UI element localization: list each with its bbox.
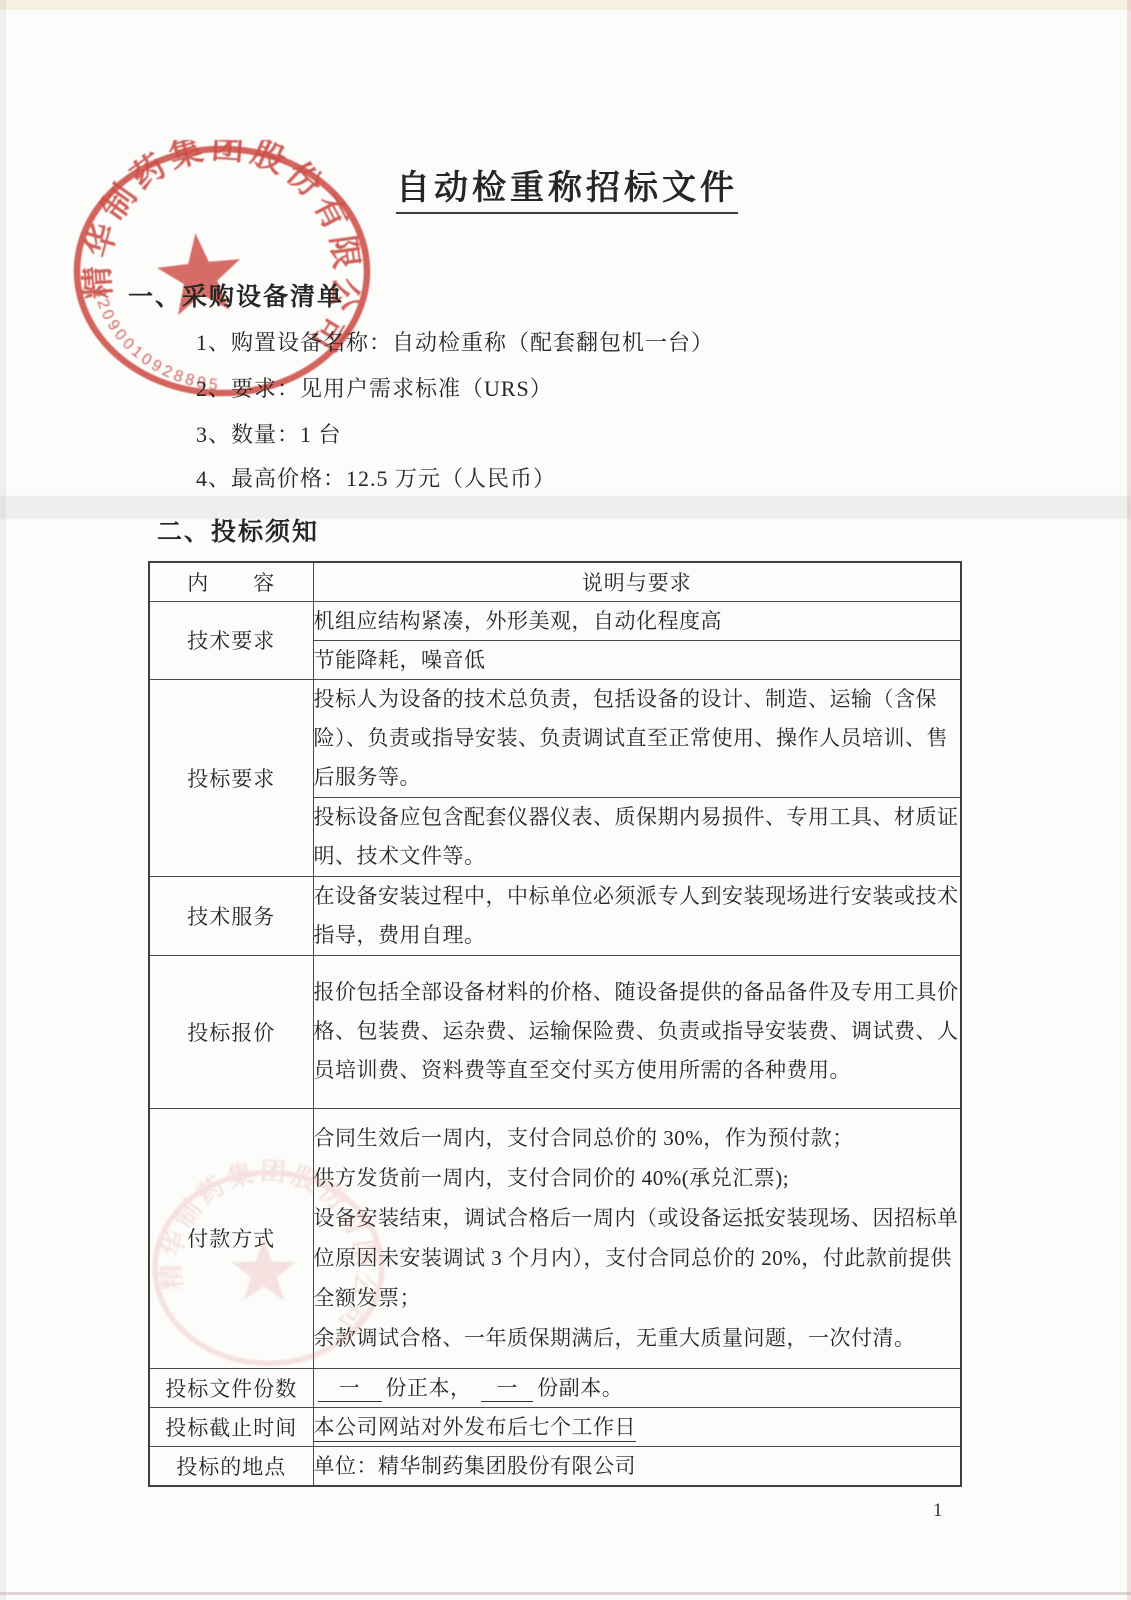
company-seal-stamp-icon: 精华制药集团股份有限公司 32090010928895 <box>68 140 380 402</box>
copies-label: 投标文件份数 <box>149 1368 313 1407</box>
table-row: 投标文件份数 一份正本， 一份副本。 <box>149 1368 961 1407</box>
scan-edge-right <box>1127 0 1131 1600</box>
tech-service-text: 在设备安装过程中，中标单位必须派专人到安装现场进行安装或技术指导，费用自理。 <box>313 876 961 955</box>
bid-place-label: 投标的地点 <box>149 1446 313 1486</box>
bid-requirements-row2: 投标设备应包含配套仪器仪表、质保期内易损件、专用工具、材质证明、技术文件等。 <box>313 797 961 876</box>
tech-service-label: 技术服务 <box>149 876 313 955</box>
table-row: 技术服务 在设备安装过程中，中标单位必须派专人到安装现场进行安装或技术指导，费用… <box>149 876 961 955</box>
scan-edge-left <box>0 0 6 1600</box>
bid-quote-text: 报价包括全部设备材料的价格、随设备提供的备品备件及专用工具价格、包装费、运杂费、… <box>313 955 961 1108</box>
scan-edge-bottom <box>0 1592 1131 1595</box>
table-row: 付款方式 合同生效后一周内，支付合同总价的 30%，作为预付款； 供方发货前一周… <box>149 1108 961 1368</box>
table-row: 投标要求 投标人为设备的技术总负责，包括设备的设计、制造、运输（含保险）、负责或… <box>149 679 961 797</box>
tech-requirements-row1: 机组应结构紧凑，外形美观，自动化程度高 <box>313 601 961 640</box>
document-title: 自动检重称招标文件 <box>396 160 738 214</box>
deadline-text: 本公司网站对外发布后七个工作日 <box>314 1415 637 1442</box>
bid-quote-label: 投标报价 <box>149 955 313 1108</box>
bid-requirements-row1: 投标人为设备的技术总负责，包括设备的设计、制造、运输（含保险）、负责或指导安装、… <box>313 679 961 797</box>
copies-original-text: 份正本， <box>386 1376 472 1400</box>
table-row: 技术要求 机组应结构紧凑，外形美观，自动化程度高 <box>149 601 961 640</box>
scan-edge-top <box>0 0 1131 10</box>
payment-term-4: 余款调试合格、一年质保期满后，无重大质量问题，一次付清。 <box>314 1318 961 1358</box>
header-requirements-cell: 说明与要求 <box>313 562 961 601</box>
equipment-item-2: 2、要求：见用户需求标准（URS） <box>196 372 553 403</box>
table-row: 投标报价 报价包括全部设备材料的价格、随设备提供的备品备件及专用工具价格、包装费… <box>149 955 961 1108</box>
payment-term-1: 合同生效后一周内，支付合同总价的 30%，作为预付款； <box>314 1118 961 1158</box>
page-number: 1 <box>933 1500 943 1522</box>
copies-original-blank: 一 <box>318 1375 382 1402</box>
payment-term-2: 供方发货前一周内，支付合同价的 40%(承兑汇票); <box>314 1158 961 1198</box>
bid-requirements-label: 投标要求 <box>149 679 313 876</box>
section-2-heading: 二、投标须知 <box>157 512 319 548</box>
equipment-item-3: 3、数量：1 台 <box>196 418 342 449</box>
deadline-label: 投标截止时间 <box>149 1407 313 1446</box>
scanned-tender-document-page: 自动检重称招标文件 精华制药集团股份有限公司 32090010928895 一、… <box>0 0 1131 1600</box>
equipment-item-4: 4、最高价格：12.5 万元（人民币） <box>196 462 556 493</box>
equipment-item-1: 1、购置设备名称：自动检重称（配套翻包机一台） <box>196 326 714 357</box>
copies-duplicate-text: 份副本。 <box>537 1376 623 1400</box>
tech-requirements-label: 技术要求 <box>149 601 313 679</box>
copies-duplicate-blank: 一 <box>481 1375 533 1402</box>
payment-method-label: 付款方式 <box>149 1108 313 1368</box>
bid-place-text: 单位：精华制药集团股份有限公司 <box>313 1446 961 1486</box>
table-header-row: 内 容 说明与要求 <box>149 562 961 601</box>
section-1-heading: 一、采购设备清单 <box>128 277 344 313</box>
table-row: 投标截止时间 本公司网站对外发布后七个工作日 <box>149 1407 961 1446</box>
bid-notice-table: 内 容 说明与要求 技术要求 机组应结构紧凑，外形美观，自动化程度高 节能降耗，… <box>148 561 960 1487</box>
table-row: 投标的地点 单位：精华制药集团股份有限公司 <box>149 1446 961 1486</box>
header-content-cell: 内 容 <box>149 562 313 601</box>
tech-requirements-row2: 节能降耗，噪音低 <box>313 640 961 679</box>
payment-term-3: 设备安装结束，调试合格后一周内（或设备运抵安装现场、因招标单位原因未安装调试 3… <box>314 1198 961 1318</box>
